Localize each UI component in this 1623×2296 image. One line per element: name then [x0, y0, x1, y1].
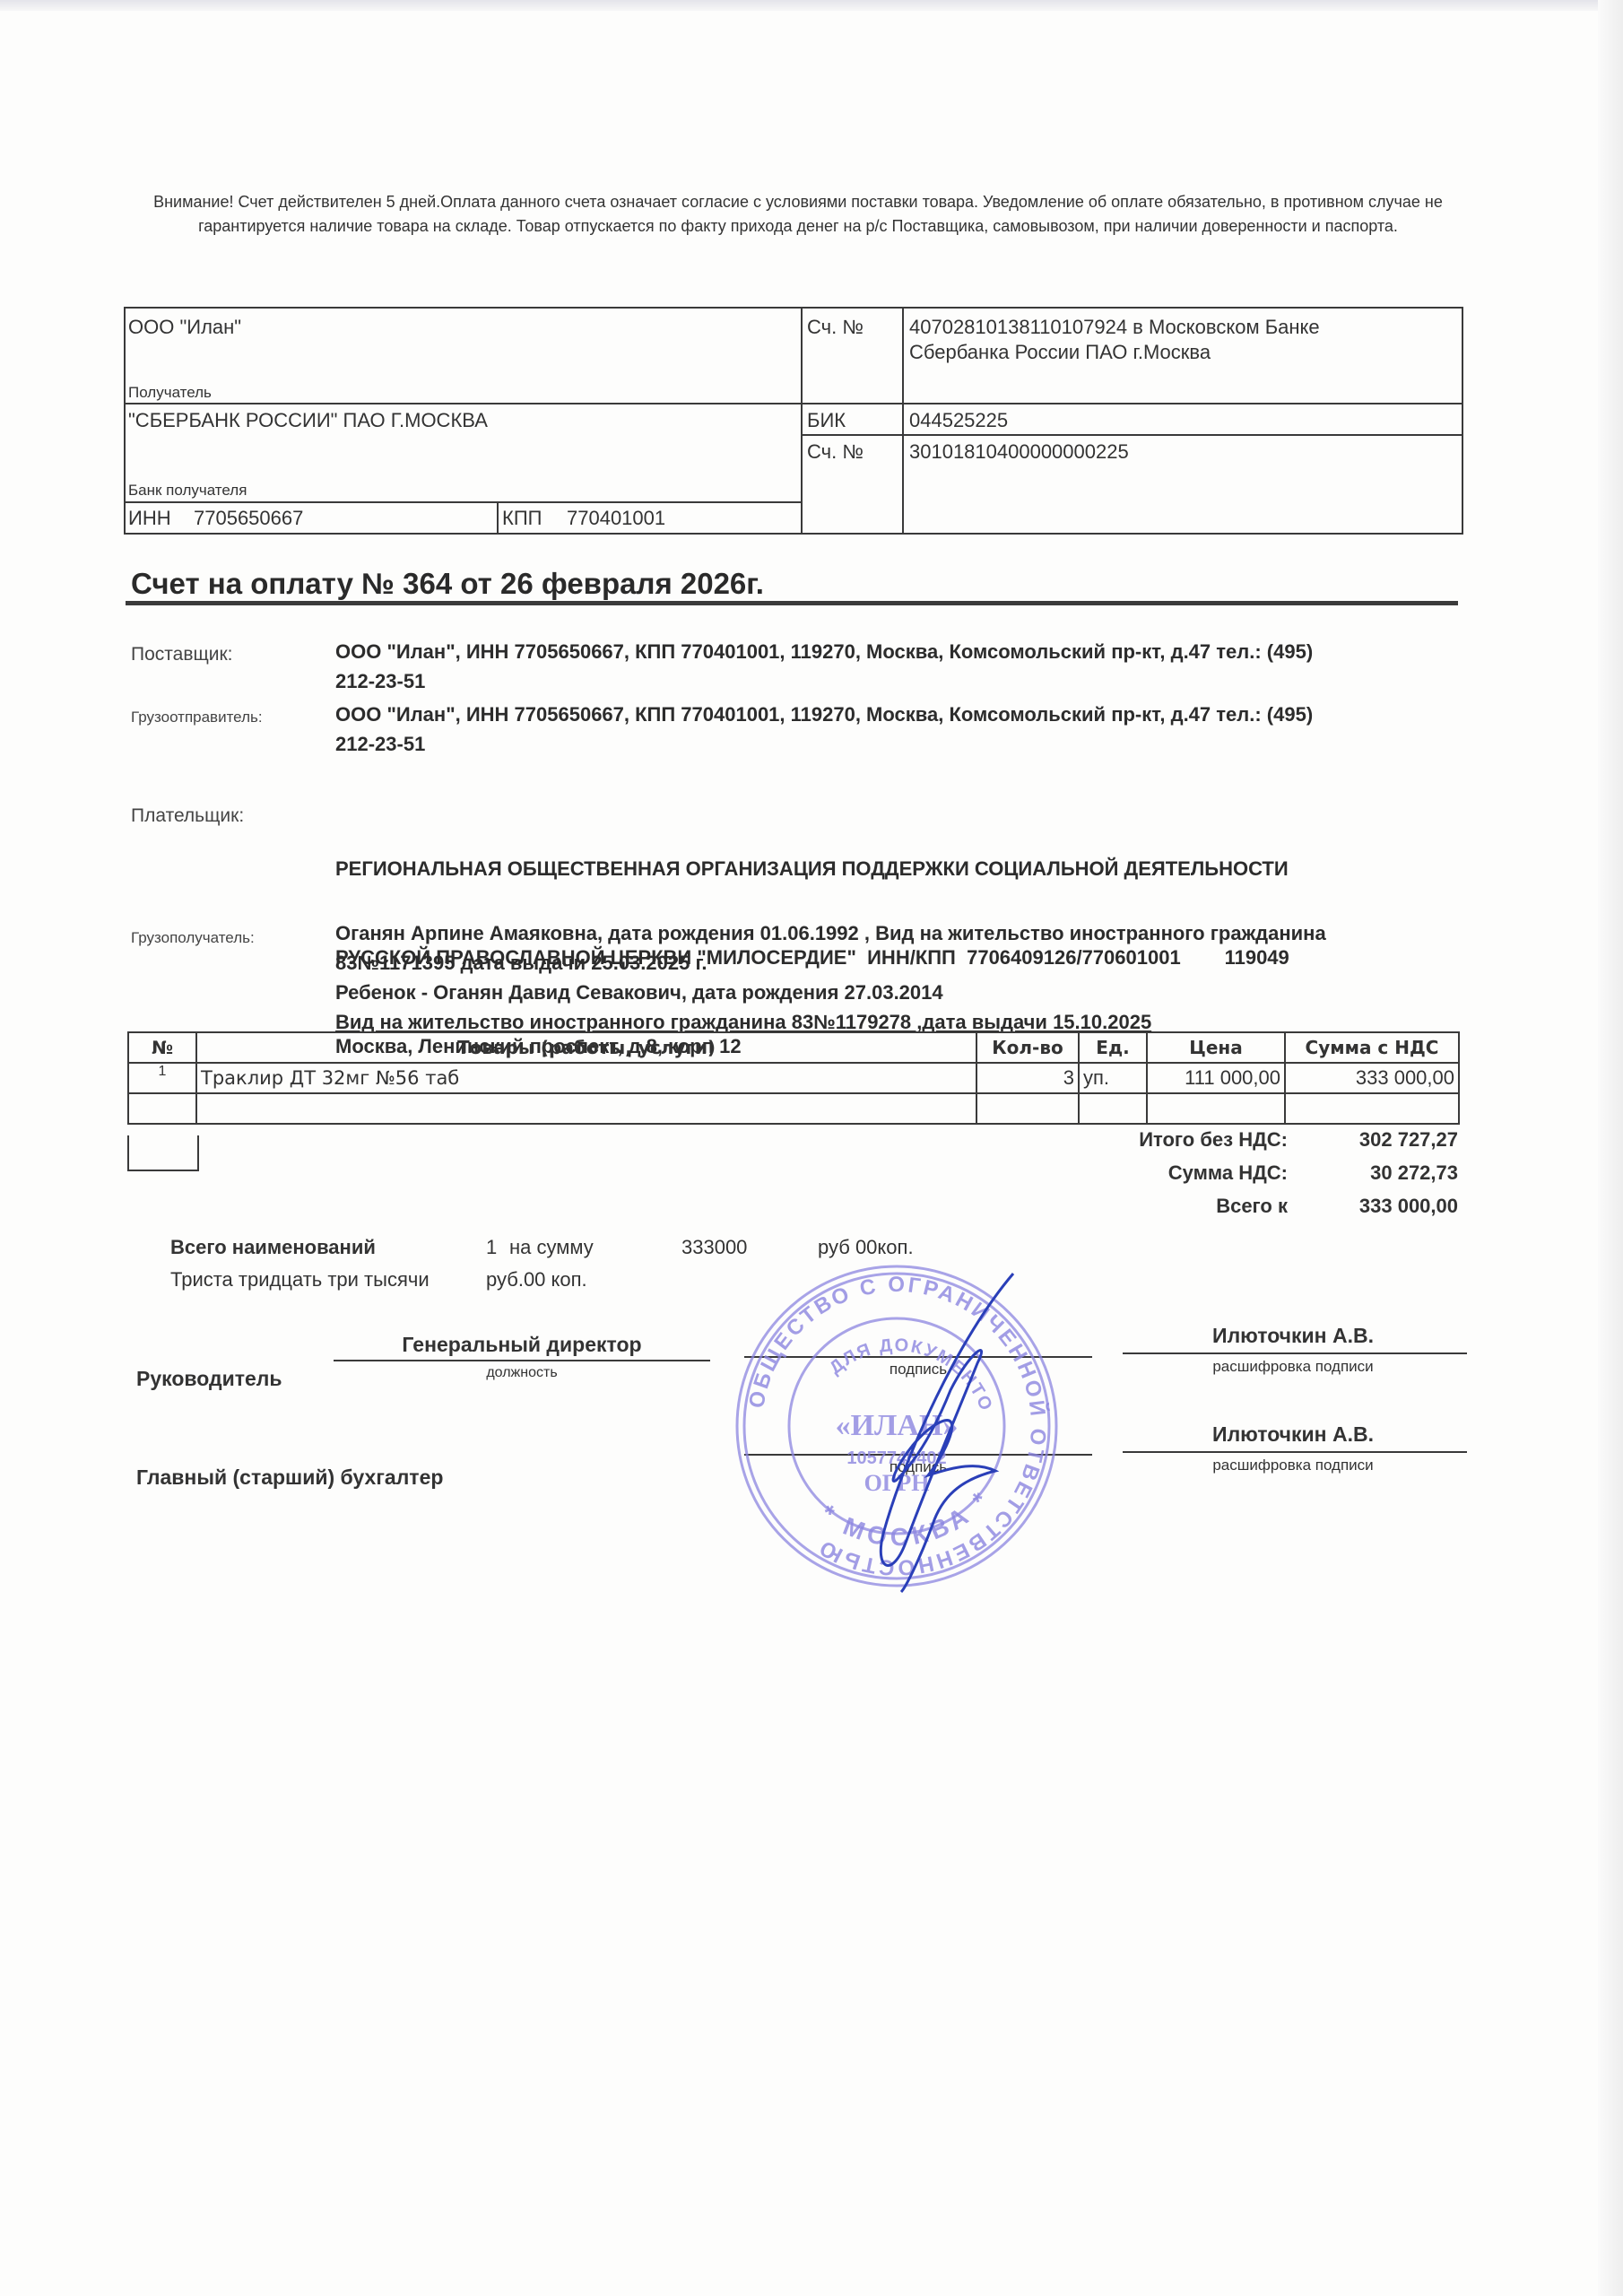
- row-unit: уп.: [1079, 1063, 1147, 1093]
- items-label: Всего наименований: [170, 1236, 376, 1259]
- invoice-title: Счет на оплату № 364 от 26 февраля 2026г…: [131, 567, 764, 601]
- head-signature-caption: подпись: [744, 1361, 1092, 1378]
- accountant-signature-line: [744, 1454, 1092, 1456]
- col-total: Сумма с НДС: [1285, 1032, 1459, 1063]
- subtotal-value: 302 727,27: [1279, 1128, 1458, 1152]
- col-index: №: [128, 1032, 196, 1063]
- head-role: Руководитель: [136, 1367, 282, 1391]
- recipient-label: Получатель: [128, 384, 212, 402]
- shipper-line: ООО "Илан", ИНН 7705650667, КПП 77040100…: [335, 700, 1313, 729]
- consignee-label: Грузополучатель:: [131, 929, 255, 947]
- bik-value: 044525225: [909, 409, 1008, 432]
- title-underline: [126, 601, 1458, 605]
- stamp-inner-top: ДЛЯ ДОКУМЕНТОВ: [726, 1256, 996, 1414]
- items-count: 1: [486, 1236, 497, 1259]
- recipient-name: ООО "Илан": [128, 316, 241, 339]
- head-name-caption: расшифровка подписи: [1123, 1358, 1463, 1376]
- svg-text:ОБЩЕСТВО С ОГРАНИЧЕННОЙ ОТВЕТС: ОБЩЕСТВО С ОГРАНИЧЕННОЙ ОТВЕТСТВЕННОСТЬЮ: [744, 1273, 1051, 1579]
- payment-notice: Внимание! Счет действителен 5 дней.Оплат…: [126, 190, 1471, 239]
- shipper-line: 212-23-51: [335, 729, 1313, 759]
- stamp-outer-text: ОБЩЕСТВО С ОГРАНИЧЕННОЙ ОТВЕТСТВЕННОСТЬЮ: [744, 1273, 1051, 1579]
- divider: [126, 403, 1462, 404]
- corr-account-label: Сч. №: [807, 440, 864, 464]
- inn-label: ИНН: [128, 507, 171, 530]
- svg-text:* МОСКВА *: * МОСКВА *: [815, 1483, 997, 1552]
- row-price: 111 000,00: [1147, 1063, 1285, 1093]
- head-position: Генеральный директор: [334, 1333, 710, 1357]
- supplier-label: Поставщик:: [131, 644, 233, 665]
- accountant-name-line: [1123, 1451, 1467, 1453]
- amount-label: на сумму: [509, 1236, 594, 1259]
- position-line: [334, 1360, 710, 1361]
- shipper-details: ООО "Илан", ИНН 7705650667, КПП 77040100…: [335, 700, 1313, 759]
- table-stub-cell: [127, 1135, 199, 1171]
- corr-account-value: 30101810400000000225: [909, 440, 1129, 464]
- table-row-empty: [128, 1093, 1459, 1124]
- amount-suffix: руб 00коп.: [818, 1236, 914, 1259]
- amount-in-words-suffix: руб.00 коп.: [486, 1268, 587, 1291]
- account-label: Сч. №: [807, 316, 864, 339]
- grand-total-label: Всего к: [1019, 1195, 1288, 1218]
- head-name-line: [1123, 1352, 1467, 1354]
- divider: [902, 309, 904, 533]
- consignee-line: Оганян Арпине Амаяковна, дата рождения 0…: [335, 918, 1326, 948]
- consignee-line: 83№1171395 дата выдачи 25.03.2025 г.: [335, 948, 1326, 978]
- kpp-label: КПП: [502, 507, 542, 530]
- accountant-name: Илюточкин А.В.: [1123, 1422, 1463, 1447]
- bank-name: "СБЕРБАНК РОССИИ" ПАО Г.МОСКВА: [128, 409, 488, 432]
- divider: [801, 309, 803, 533]
- subtotal-label: Итого без НДС:: [1019, 1128, 1288, 1152]
- payer-line: РЕГИОНАЛЬНАЯ ОБЩЕСТВЕННАЯ ОРГАНИЗАЦИЯ ПО…: [335, 854, 1289, 883]
- amount-value: 333000: [681, 1236, 747, 1259]
- row-index: 1: [128, 1063, 196, 1093]
- bank-details: ООО "Илан" Получатель "СБЕРБАНК РОССИИ" …: [124, 307, 1463, 535]
- accountant-signature-caption: подпись: [744, 1458, 1092, 1476]
- supplier-line: ООО "Илан", ИНН 7705650667, КПП 77040100…: [335, 637, 1313, 666]
- col-goods: Товары (работы, услуги): [196, 1032, 976, 1063]
- col-qty: Кол-во: [976, 1032, 1079, 1063]
- scan-edge-right: [1598, 0, 1623, 2296]
- bank-label: Банк получателя: [128, 482, 247, 500]
- inn-value: 7705650667: [194, 507, 303, 530]
- divider: [126, 501, 801, 503]
- company-stamp: ОБЩЕСТВО С ОГРАНИЧЕННОЙ ОТВЕТСТВЕННОСТЬЮ…: [726, 1256, 1067, 1596]
- head-signature-line: [744, 1356, 1092, 1358]
- goods-table: № Товары (работы, услуги) Кол-во Ед. Цен…: [127, 1031, 1460, 1125]
- stamp-city: * МОСКВА *: [815, 1483, 997, 1552]
- bik-label: БИК: [807, 409, 846, 432]
- account-line1: 40702810138110107924 в Московском Банке: [909, 316, 1320, 339]
- col-price: Цена: [1147, 1032, 1285, 1063]
- grand-total-value: 333 000,00: [1279, 1195, 1458, 1218]
- row-qty: 3: [976, 1063, 1079, 1093]
- amount-in-words: Триста тридцать три тысячи: [170, 1268, 430, 1291]
- vat-value: 30 272,73: [1279, 1161, 1458, 1185]
- signature-scribble: [881, 1274, 1013, 1592]
- vat-label: Сумма НДС:: [1019, 1161, 1288, 1185]
- col-unit: Ед.: [1079, 1032, 1147, 1063]
- shipper-label: Грузоотправитель:: [131, 709, 263, 726]
- head-name: Илюточкин А.В.: [1123, 1324, 1463, 1348]
- goods-header-row: № Товары (работы, услуги) Кол-во Ед. Цен…: [128, 1032, 1459, 1063]
- divider: [497, 501, 499, 533]
- consignee-details: Оганян Арпине Амаяковна, дата рождения 0…: [335, 918, 1326, 1037]
- svg-text:ДЛЯ ДОКУМЕНТОВ: ДЛЯ ДОКУМЕНТОВ: [726, 1256, 996, 1414]
- kpp-value: 770401001: [567, 507, 665, 530]
- row-goods-name: Траклир ДТ 32мг №56 таб: [196, 1063, 976, 1093]
- table-row: 1 Траклир ДТ 32мг №56 таб 3 уп. 111 000,…: [128, 1063, 1459, 1093]
- stamp-company: «ИЛАН»: [836, 1409, 959, 1442]
- payer-label: Плательщик:: [131, 805, 244, 827]
- consignee-line: Ребенок - Оганян Давид Севакович, дата р…: [335, 978, 1326, 1007]
- accountant-name-caption: расшифровка подписи: [1123, 1457, 1463, 1474]
- divider: [801, 434, 1462, 436]
- supplier-details: ООО "Илан", ИНН 7705650667, КПП 77040100…: [335, 637, 1313, 696]
- scan-edge-top: [0, 0, 1623, 11]
- accountant-role: Главный (старший) бухгалтер: [136, 1465, 443, 1490]
- position-caption: должность: [334, 1365, 710, 1381]
- row-total: 333 000,00: [1285, 1063, 1459, 1093]
- account-line2: Сбербанка России ПАО г.Москва: [909, 341, 1211, 364]
- supplier-line: 212-23-51: [335, 666, 1313, 696]
